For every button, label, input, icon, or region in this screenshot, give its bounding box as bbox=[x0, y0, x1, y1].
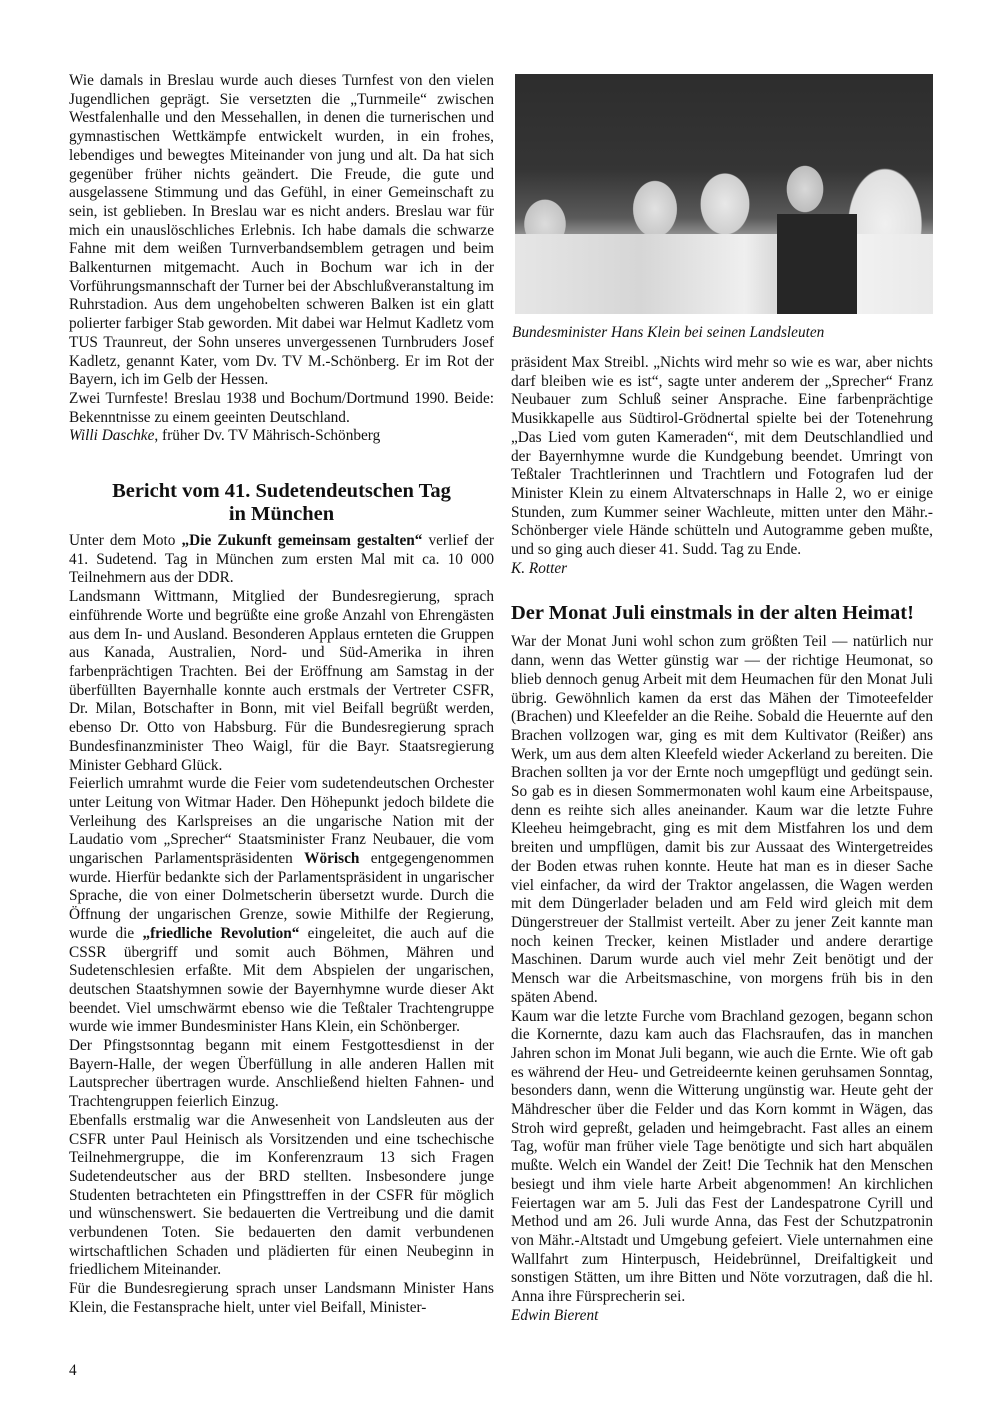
sudeten-paragraph-4: Der Pfingstsonntag begann mit einem Fest… bbox=[69, 1037, 494, 1112]
sudeten-paragraph-2: Landsmann Wittmann, Mitglied der Bundesr… bbox=[69, 588, 494, 775]
title-line-2: in München bbox=[229, 503, 334, 525]
juli-author: Edwin Bierent bbox=[511, 1307, 598, 1324]
p3-bold-name: Wörisch bbox=[304, 850, 359, 867]
sudeten-author: K. Rotter bbox=[511, 560, 567, 577]
p7-text: präsident Max Streibl. „Nichts wird mehr… bbox=[511, 354, 933, 558]
motto-bold: „Die Zukunft gemeinsam gestalten“ bbox=[182, 532, 423, 549]
photo-suit-shape bbox=[777, 214, 857, 314]
turnfest-paragraph-2: Zwei Turnfeste! Breslau 1938 und Bochum/… bbox=[69, 390, 494, 427]
sudeten-intro-paragraph: Unter dem Moto „Die Zukunft gemeinsam ge… bbox=[69, 532, 494, 588]
right-column: präsident Max Streibl. „Nichts wird mehr… bbox=[511, 354, 933, 1325]
author-name: Willi Daschke bbox=[69, 427, 154, 444]
turnfest-paragraph-1: Wie damals in Breslau wurde auch dieses … bbox=[69, 72, 494, 390]
juli-paragraph-2: Kaum war die letzte Furche vom Brachland… bbox=[511, 1008, 933, 1307]
sudeten-signature-line: K. Rotter bbox=[511, 560, 933, 579]
article-title-sudetendeutscher-tag: Bericht vom 41. Sudetendeutschen Tagin M… bbox=[69, 480, 494, 526]
sudeten-paragraph-3: Feierlich umrahmt wurde die Feier vom su… bbox=[69, 775, 494, 1037]
author-affiliation: , früher Dv. TV Mährisch-Schönberg bbox=[154, 427, 380, 444]
article-title-monat-juli: Der Monat Juli einstmals in der alten He… bbox=[511, 602, 933, 625]
intro-text: Unter dem Moto bbox=[69, 532, 182, 549]
sudeten-paragraph-6: Für die Bundesregierung sprach unser Lan… bbox=[69, 1280, 494, 1317]
sudeten-paragraph-7: präsident Max Streibl. „Nichts wird mehr… bbox=[511, 354, 933, 560]
left-column: Wie damals in Breslau wurde auch dieses … bbox=[69, 72, 494, 1318]
p3-bold-revolution: „friedliche Revolution“ bbox=[142, 925, 299, 942]
juli-paragraph-1: War der Monat Juni wohl schon zum größte… bbox=[511, 633, 933, 1007]
photo-caption: Bundesminister Hans Klein bei seinen Lan… bbox=[512, 324, 824, 342]
sudeten-paragraph-5: Ebenfalls erstmalig war die Anwesenheit … bbox=[69, 1112, 494, 1280]
juli-signature-line: Edwin Bierent bbox=[511, 1307, 933, 1326]
photo-crowd-shape bbox=[515, 234, 933, 314]
title-line-1: Bericht vom 41. Sudetendeutschen Tag bbox=[112, 480, 451, 502]
page-number: 4 bbox=[69, 1362, 77, 1380]
photo-hans-klein bbox=[515, 74, 933, 314]
turnfest-byline: Willi Daschke, früher Dv. TV Mährisch-Sc… bbox=[69, 427, 494, 446]
